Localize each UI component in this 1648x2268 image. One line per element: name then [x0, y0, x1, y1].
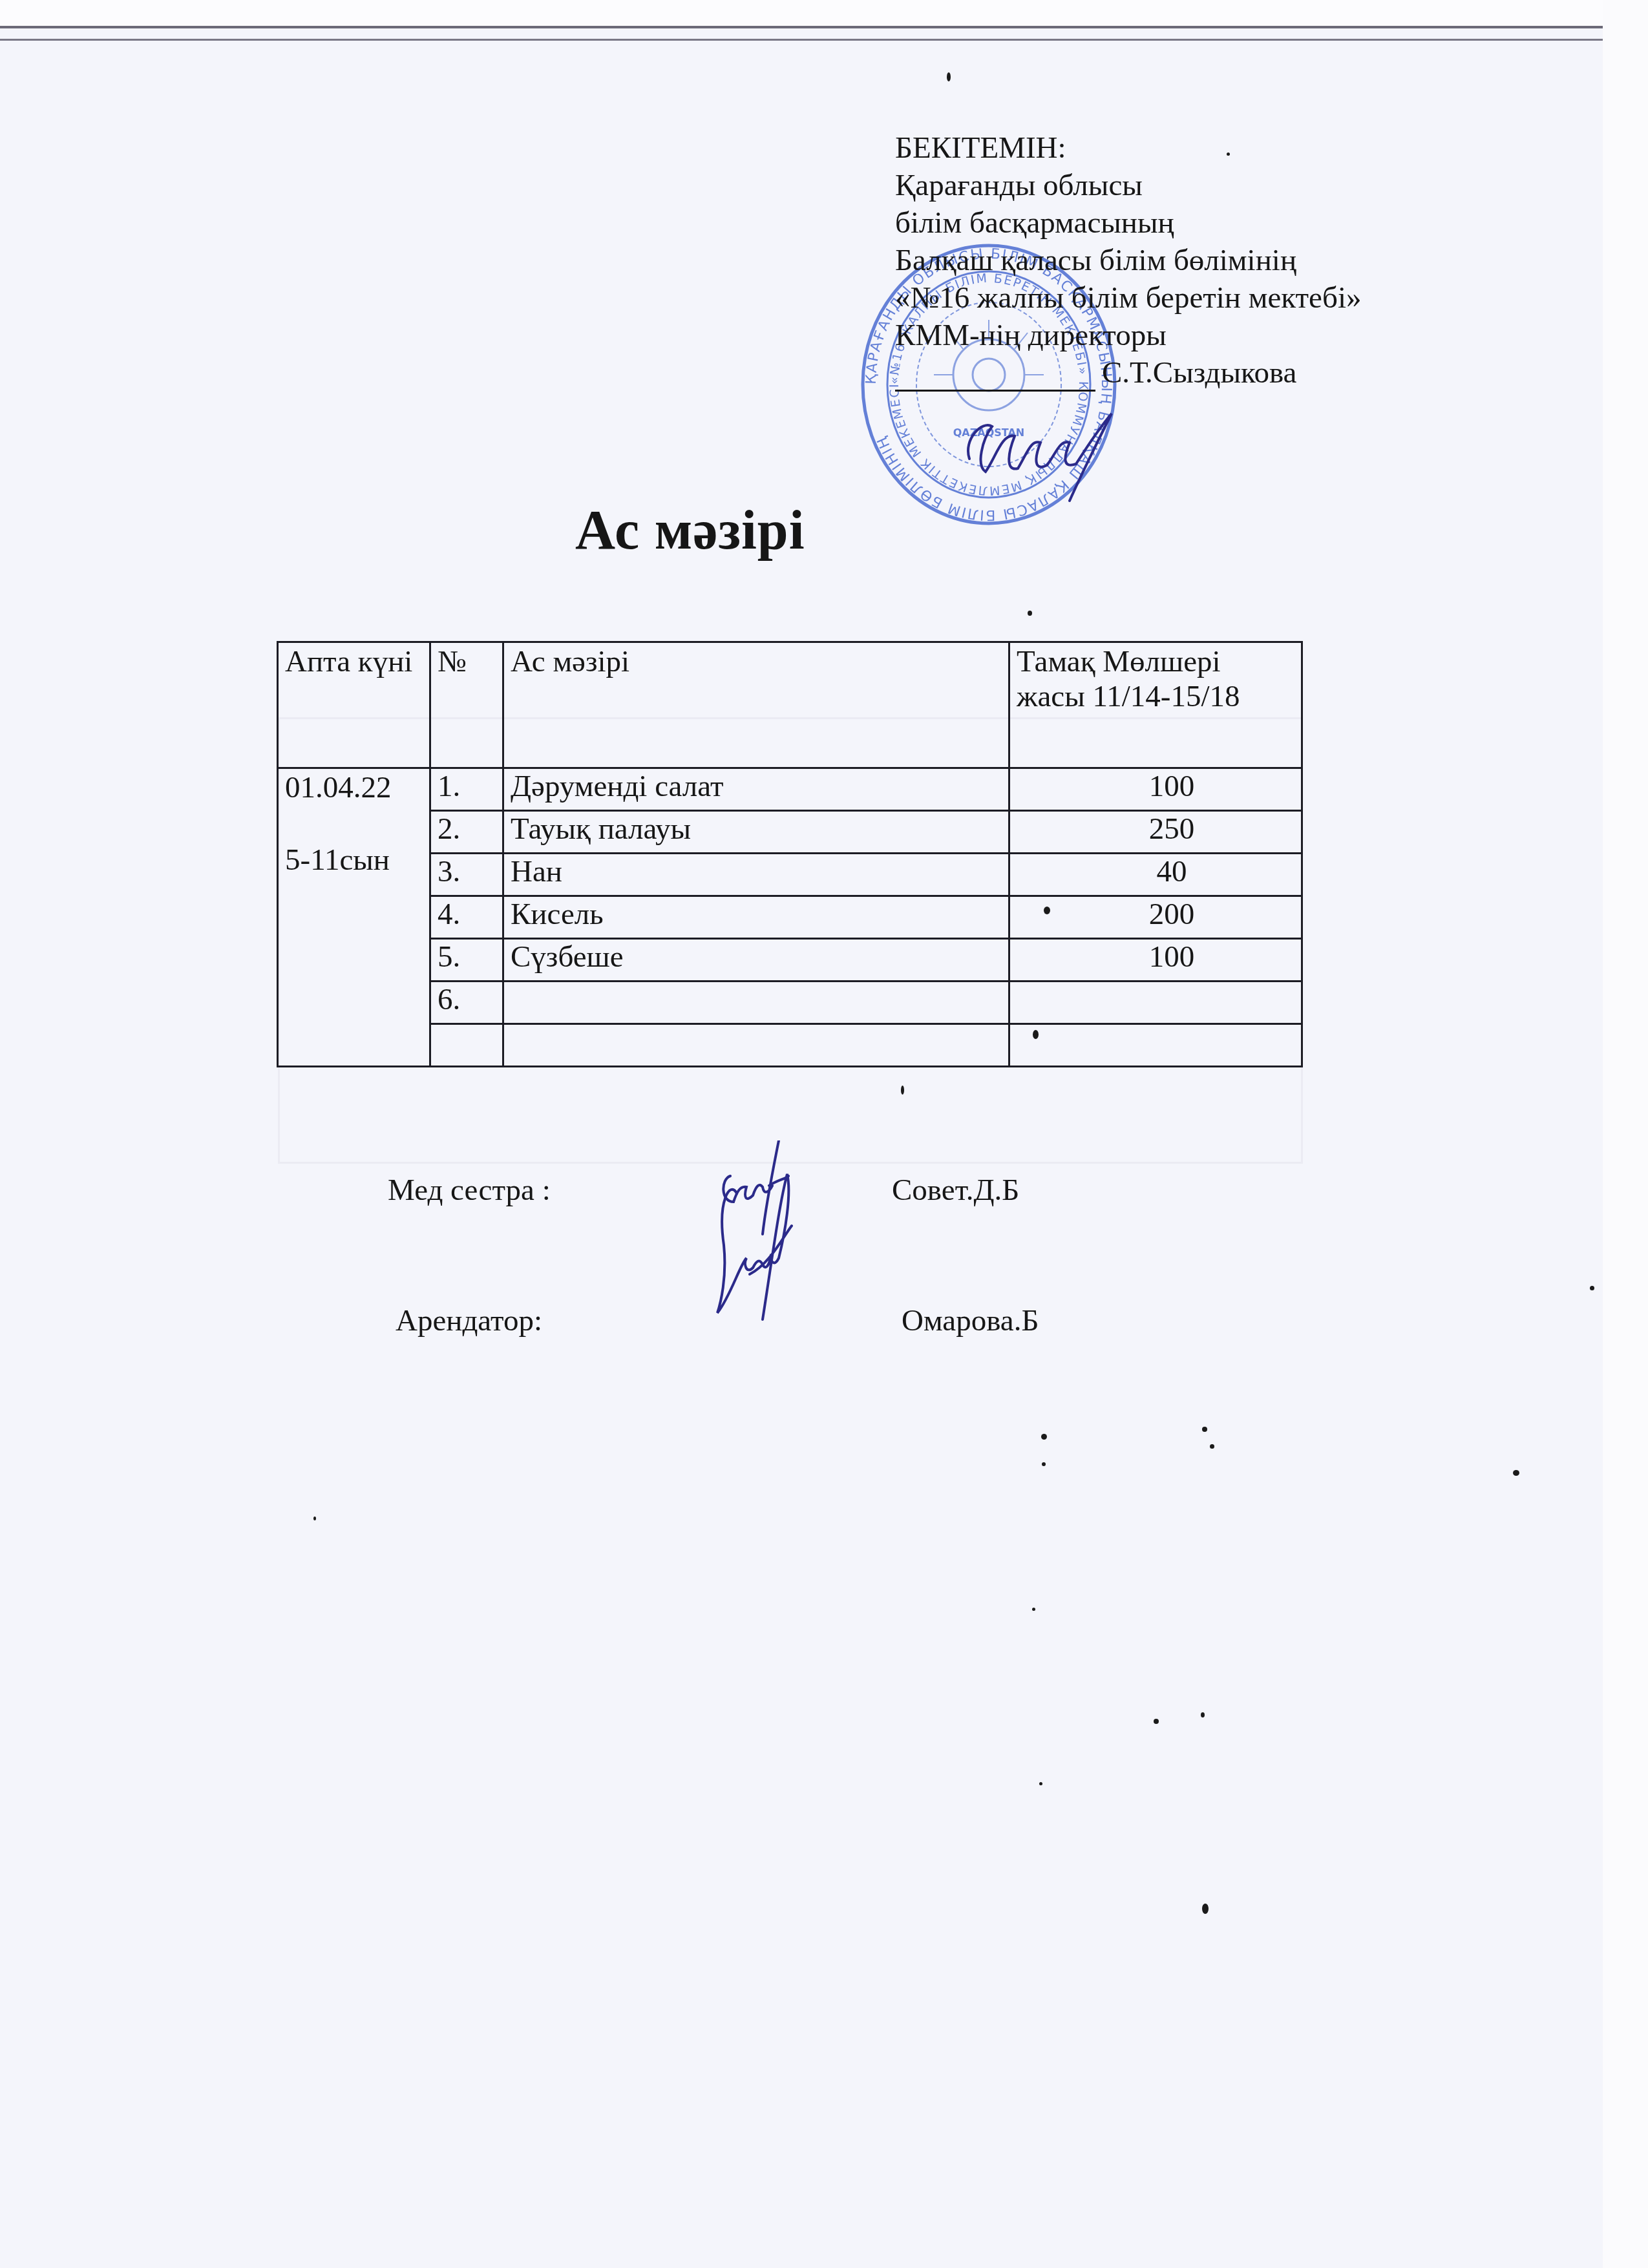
row-dish: Нан — [503, 854, 1009, 896]
row-dish: Тауық палауы — [503, 811, 1009, 854]
row-quantity: 40 — [1009, 854, 1302, 896]
scan-margin-right — [1603, 0, 1648, 2268]
row-number: 6. — [430, 982, 503, 1024]
day-date: 01.04.22 — [285, 770, 423, 805]
signature-row-nurse: Мед сестра : Совет.Д.Б — [388, 1173, 1163, 1302]
table-row: 2. Тауық палауы 250 — [278, 811, 1302, 854]
approval-signatory: С.Т.Сыздыкова — [1102, 354, 1296, 392]
row-quantity: 200 — [1009, 896, 1302, 939]
svg-text:QAZAQSTAN: QAZAQSTAN — [953, 426, 1025, 439]
header-number: № — [430, 642, 503, 768]
approval-line: Қарағанды облысы — [895, 167, 1361, 204]
day-cell: 01.04.22 5-11сын — [278, 768, 430, 1067]
scan-line — [0, 39, 1603, 41]
approval-line: Балқаш қаласы білім бөлімінің — [895, 242, 1361, 279]
scan-speck — [1042, 1462, 1046, 1466]
scan-speck — [1202, 1904, 1209, 1914]
scan-margin-top — [0, 0, 1603, 26]
approval-block: БЕКІТЕМІН: Қарағанды облысы білім басқар… — [895, 129, 1361, 392]
table-row: 01.04.22 5-11сын 1. Дәруменді салат 100 — [278, 768, 1302, 811]
signature-role: Мед сестра : — [388, 1173, 551, 1208]
header-quantity: Тамақ Мөлшері жасы 11/14-15/18 — [1009, 642, 1302, 768]
row-number — [430, 1024, 503, 1067]
row-dish — [503, 982, 1009, 1024]
row-number: 4. — [430, 896, 503, 939]
header-dish: Ас мәзірі — [503, 642, 1009, 768]
approval-line: білім басқармасының — [895, 204, 1361, 242]
signature-row-tenant: Арендатор: Омарова.Б — [388, 1303, 1163, 1433]
scan-speck — [1210, 1444, 1214, 1449]
scan-speck — [901, 1086, 904, 1095]
table-row: 6. — [278, 982, 1302, 1024]
scan-speck — [1154, 1719, 1159, 1724]
row-dish: Кисель — [503, 896, 1009, 939]
signature-role: Арендатор: — [396, 1303, 542, 1338]
table-row: 4. Кисель 200 — [278, 896, 1302, 939]
scan-speck — [947, 72, 951, 81]
table-row: 5. Сүзбеше 100 — [278, 939, 1302, 982]
signature-name: Омарова.Б — [902, 1303, 1039, 1338]
row-number: 2. — [430, 811, 503, 854]
signature-name: Совет.Д.Б — [892, 1173, 1019, 1208]
row-quantity: 250 — [1009, 811, 1302, 854]
header-day: Апта күні — [278, 642, 430, 768]
menu-table: Апта күні № Ас мәзірі Тамақ Мөлшері жасы… — [277, 641, 1303, 1067]
scan-speck — [313, 1517, 316, 1520]
row-dish: Дәруменді салат — [503, 768, 1009, 811]
scan-speck — [1041, 1434, 1047, 1440]
row-quantity — [1009, 1024, 1302, 1067]
signature-block: Мед сестра : Совет.Д.Б Арендатор: Омаров… — [388, 1173, 1163, 1431]
row-number: 1. — [430, 768, 503, 811]
scan-speck — [1202, 1427, 1207, 1432]
table-row: 3. Нан 40 — [278, 854, 1302, 896]
row-dish — [503, 1024, 1009, 1067]
table-header-row: Апта күні № Ас мәзірі Тамақ Мөлшері жасы… — [278, 642, 1302, 768]
director-signature — [956, 388, 1150, 504]
row-dish: Сүзбеше — [503, 939, 1009, 982]
scan-speck — [1590, 1286, 1594, 1290]
signature-line — [895, 364, 1095, 392]
row-quantity: 100 — [1009, 768, 1302, 811]
approval-line: КММ-нің директоры — [895, 317, 1361, 354]
row-number: 5. — [430, 939, 503, 982]
approval-line: «№16 жалпы білім беретін мектебі» — [895, 279, 1361, 317]
scan-speck — [1032, 1608, 1035, 1611]
scan-line — [0, 26, 1603, 28]
page-title: Ас мәзірі — [575, 498, 805, 562]
scan-speck — [1513, 1470, 1519, 1476]
row-number: 3. — [430, 854, 503, 896]
row-quantity: 100 — [1009, 939, 1302, 982]
approval-heading: БЕКІТЕМІН: — [895, 129, 1361, 167]
scan-speck — [1201, 1712, 1205, 1717]
table-row — [278, 1024, 1302, 1067]
approval-signature-row: С.Т.Сыздыкова — [895, 354, 1361, 392]
row-quantity — [1009, 982, 1302, 1024]
day-classes: 5-11сын — [285, 843, 423, 877]
scan-speck — [1028, 611, 1032, 616]
scan-speck — [1039, 1782, 1042, 1785]
